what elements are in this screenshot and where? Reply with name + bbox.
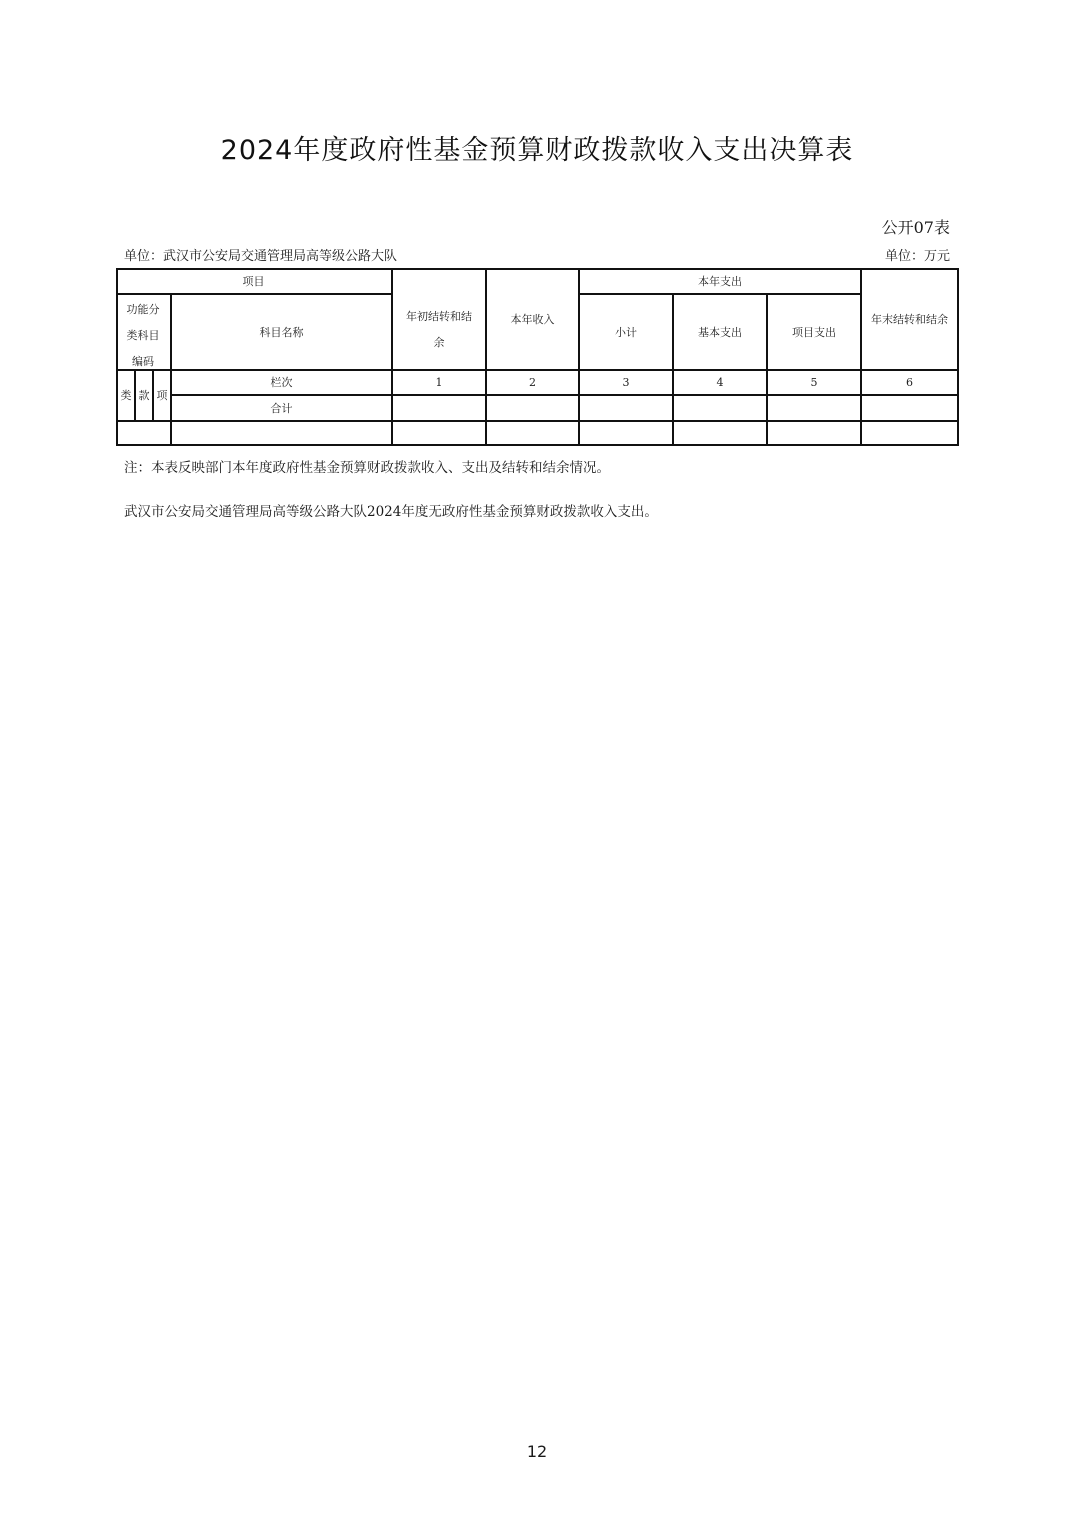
total-income	[487, 396, 578, 420]
total-row-label: 合计	[172, 396, 391, 420]
header-func-code: 功能分 类科目 编码	[116, 295, 170, 377]
header-code-class: 类	[118, 371, 134, 420]
header-item: 项目	[116, 270, 391, 293]
data-row-value	[487, 422, 578, 444]
column-index-5: 5	[768, 371, 860, 394]
unit-organization: 单位：武汉市公安局交通管理局高等级公路大队	[124, 245, 397, 264]
column-index-1: 1	[393, 371, 485, 394]
total-project-expense	[768, 396, 860, 420]
data-row-value	[393, 422, 485, 444]
data-row-value	[862, 422, 957, 444]
unit-currency: 单位：万元	[885, 245, 950, 264]
header-income: 本年收入	[487, 270, 578, 369]
data-row-value	[674, 422, 766, 444]
header-subtotal: 小计	[580, 295, 672, 369]
column-index-label: 栏次	[172, 371, 391, 394]
data-row-value	[580, 422, 672, 444]
header-code-xiang: 项	[154, 371, 170, 420]
form-number: 公开07表	[882, 215, 950, 238]
total-opening-balance	[393, 396, 485, 420]
column-index-3: 3	[580, 371, 672, 394]
total-closing-balance	[862, 396, 957, 420]
header-code-kuan: 款	[136, 371, 152, 420]
data-row-code	[118, 422, 170, 444]
header-expense-group: 本年支出	[580, 270, 860, 293]
page-title: 2024年度政府性基金预算财政拨款收入支出决算表	[0, 128, 1074, 167]
data-row-name	[172, 422, 391, 444]
total-basic-expense	[674, 396, 766, 420]
table-note: 注：本表反映部门本年度政府性基金预算财政拨款收入、支出及结转和结余情况。	[124, 456, 610, 476]
column-index-6: 6	[862, 371, 957, 394]
page-number: 12	[0, 1442, 1074, 1461]
column-index-4: 4	[674, 371, 766, 394]
header-project-expense: 项目支出	[768, 295, 860, 369]
header-opening-balance: 年初结转和结 余	[393, 290, 485, 369]
header-closing-balance: 年末结转和结余	[862, 270, 957, 369]
column-index-2: 2	[487, 371, 578, 394]
header-subject-name: 科目名称	[172, 295, 391, 369]
header-basic-expense: 基本支出	[674, 295, 766, 369]
data-row-value	[768, 422, 860, 444]
total-subtotal	[580, 396, 672, 420]
no-data-statement: 武汉市公安局交通管理局高等级公路大队2024年度无政府性基金预算财政拨款收入支出…	[124, 500, 658, 520]
